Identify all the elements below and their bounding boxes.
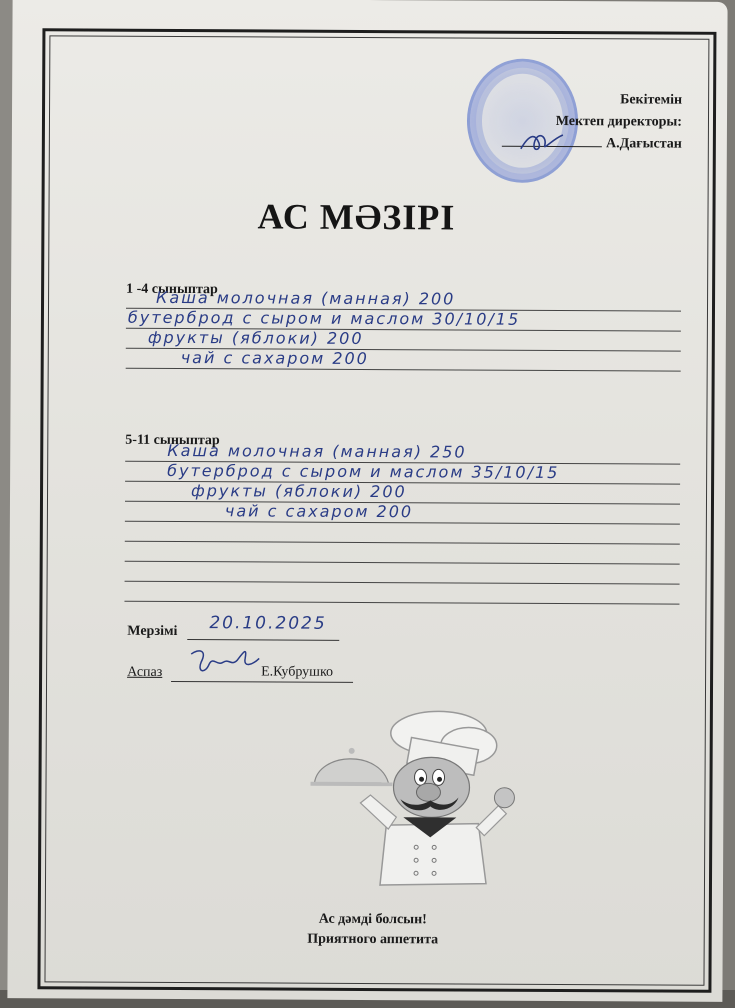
menu-row: чай с сахаром 200 bbox=[126, 349, 681, 372]
menu-item: фрукты (яблоки) 200 bbox=[148, 328, 364, 348]
closing-kazakh: Ас дәмді болсын! bbox=[238, 909, 508, 930]
closing-block: Ас дәмді болсын! Приятного аппетита bbox=[238, 909, 508, 950]
menu-item: бутерброд с сыром и маслом 35/10/15 bbox=[167, 461, 559, 482]
menu-row-empty bbox=[124, 582, 679, 605]
approval-block: Бекітемін Мектеп директоры: А.Дағыстан bbox=[482, 89, 682, 156]
menu-item: фрукты (яблоки) 200 bbox=[191, 481, 407, 501]
menu-item: Каша молочная (манная) 250 bbox=[167, 441, 466, 462]
cook-signature-icon bbox=[187, 644, 262, 684]
menu-list-5-11: Каша молочная (манная) 250 бутерброд с с… bbox=[124, 442, 680, 605]
page-title: АС МӘЗІРІ bbox=[191, 195, 521, 239]
approval-line1: Бекітемін bbox=[482, 89, 682, 112]
closing-russian: Приятного аппетита bbox=[238, 929, 508, 950]
approval-line2: Мектеп директоры: bbox=[482, 111, 682, 134]
date-value: 20.10.2025 bbox=[209, 613, 326, 634]
director-name: А.Дағыстан bbox=[606, 136, 682, 151]
cook-label: Аспаз bbox=[127, 665, 162, 681]
approval-signature-row: А.Дағыстан bbox=[482, 133, 682, 156]
menu-list-1-4: Каша молочная (манная) 200 бутерброд с с… bbox=[126, 289, 681, 372]
director-signature-icon bbox=[517, 129, 567, 155]
chef-illustration-icon bbox=[308, 705, 529, 891]
menu-sheet: Бекітемін Мектеп директоры: А.Дағыстан А… bbox=[7, 0, 727, 1002]
menu-item: чай с сахаром 200 bbox=[225, 501, 413, 521]
cook-name: Е.Кубрушко bbox=[261, 664, 333, 680]
menu-item: Каша молочная (манная) 200 bbox=[156, 288, 455, 309]
menu-item: чай с сахаром 200 bbox=[181, 348, 369, 368]
menu-item: бутерброд с сыром и маслом 30/10/15 bbox=[128, 308, 520, 329]
date-label: Мерзімі bbox=[127, 624, 177, 640]
